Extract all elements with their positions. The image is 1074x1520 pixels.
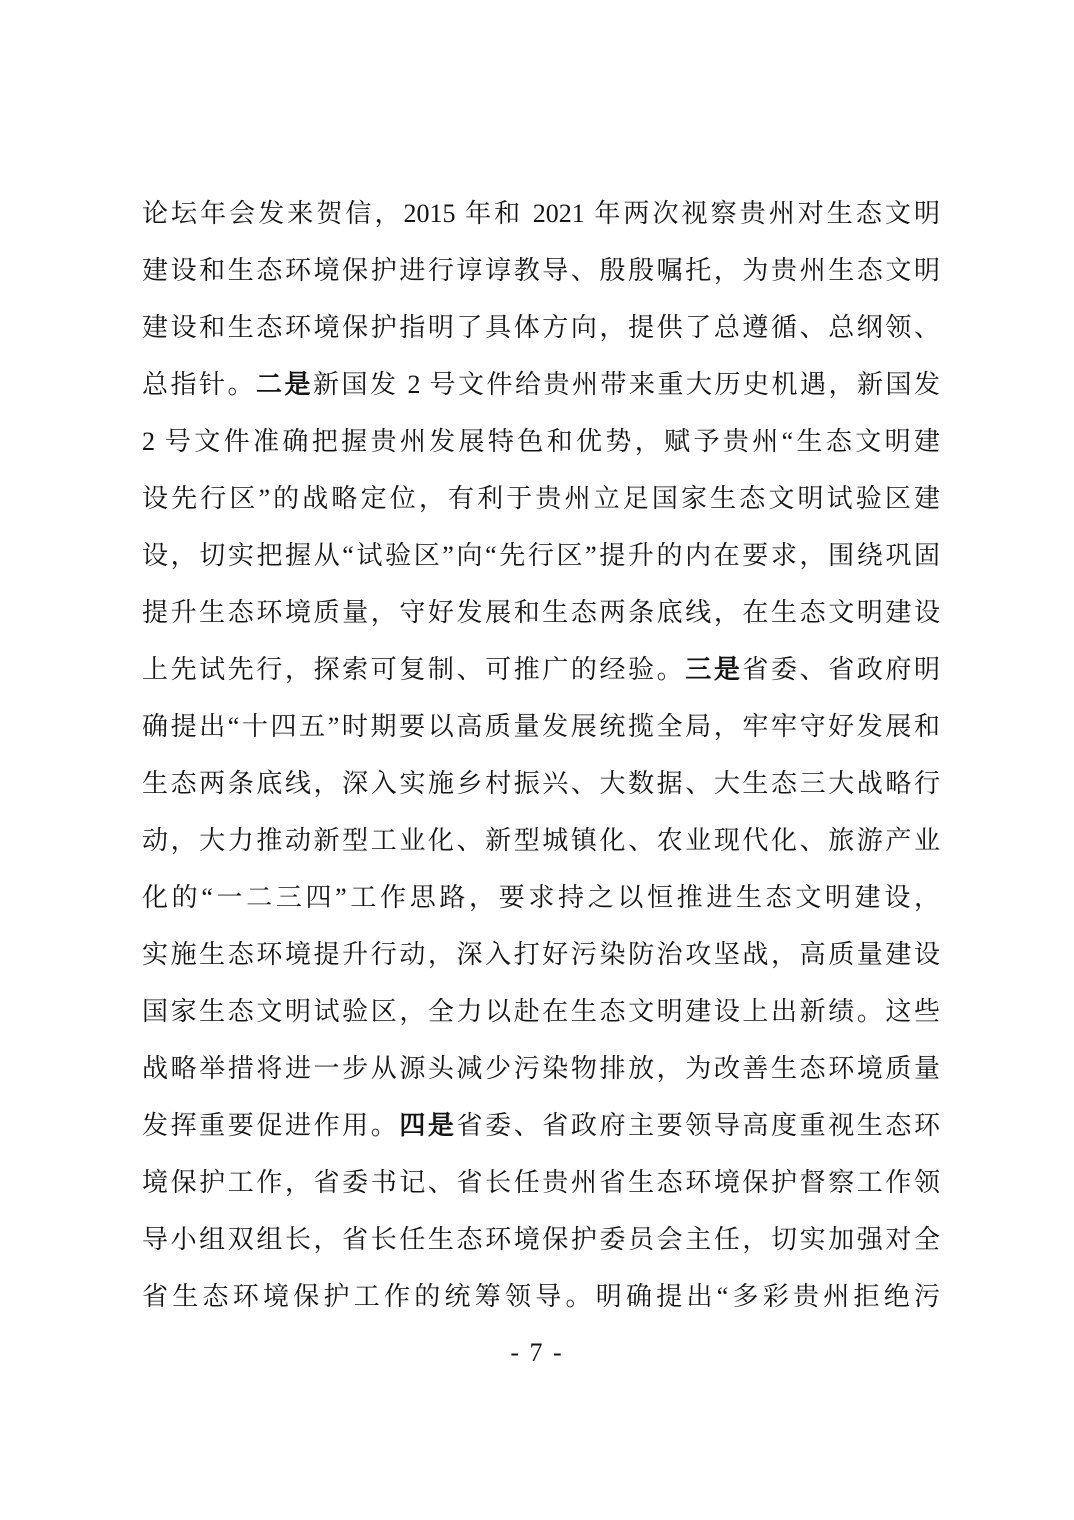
text-line-5: 2 号文件准确把握贵州发展特色和优势，赋予贵州“生态文明建 (142, 413, 940, 470)
line-text: 生态两条底线，深入实施乡村振兴、大数据、大生态三大战略行 (142, 769, 940, 798)
line-text: 境保护工作，省委书记、省长任贵州省生态环境保护督察工作领 (142, 1168, 940, 1197)
line-text: 化的“一二三四”工作思路，要求持之以恒推进生态文明建设， (142, 883, 940, 912)
bold-run-sanshi: 三是 (685, 655, 742, 684)
line-text: 建设和生态环境保护指明了具体方向，提供了总遵循、总纲领、 (142, 313, 940, 342)
text-line-10: 确提出“十四五”时期要以高质量发展统揽全局，牢牢守好发展和 (142, 698, 940, 755)
line-text: 省委、省政府明 (742, 655, 940, 684)
line-text: 新国发 2 号文件给贵州带来重大历史机遇，新国发 (313, 370, 940, 399)
text-line-1: 论坛年会发来贺信，2015 年和 2021 年两次视察贵州对生态文明 (142, 185, 940, 242)
line-text: 总指针。 (142, 370, 256, 399)
line-text: 设，切实把握从“试验区”向“先行区”提升的内在要求，围绕巩固 (142, 541, 940, 570)
line-text: 论坛年会发来贺信，2015 年和 2021 年两次视察贵州对生态文明 (142, 199, 940, 228)
line-text: 确提出“十四五”时期要以高质量发展统揽全局，牢牢守好发展和 (142, 712, 940, 741)
text-line-13: 化的“一二三四”工作思路，要求持之以恒推进生态文明建设， (142, 869, 940, 926)
text-line-7: 设，切实把握从“试验区”向“先行区”提升的内在要求，围绕巩固 (142, 527, 940, 584)
text-line-3: 建设和生态环境保护指明了具体方向，提供了总遵循、总纲领、 (142, 299, 940, 356)
line-text: 动，大力推动新型工业化、新型城镇化、农业现代化、旅游产业 (142, 826, 940, 855)
line-text: 上先试先行，探索可复制、可推广的经验。 (142, 655, 685, 684)
document-page: 论坛年会发来贺信，2015 年和 2021 年两次视察贵州对生态文明 建设和生态… (0, 0, 1074, 1520)
line-text: 省生态环境保护工作的统筹领导。明确提出“多彩贵州拒绝污 (142, 1282, 940, 1311)
line-text: 提升生态环境质量，守好发展和生态两条底线，在生态文明建设 (142, 598, 940, 627)
line-text: 建设和生态环境保护进行谆谆教导、殷殷嘱托，为贵州生态文明 (142, 256, 940, 285)
line-text: 实施生态环境提升行动，深入打好污染防治攻坚战，高质量建设 (142, 940, 940, 969)
line-text: 发挥重要促进作用。 (142, 1111, 399, 1140)
bold-run-sishi: 四是 (399, 1111, 456, 1140)
text-line-16: 战略举措将进一步从源头减少污染物排放，为改善生态环境质量 (142, 1040, 940, 1097)
text-line-17: 发挥重要促进作用。四是省委、省政府主要领导高度重视生态环 (142, 1097, 940, 1154)
line-text: 国家生态文明试验区，全力以赴在生态文明建设上出新绩。这些 (142, 997, 940, 1026)
text-line-6: 设先行区”的战略定位，有利于贵州立足国家生态文明试验区建 (142, 470, 940, 527)
page-number: - 7 - (0, 1336, 1074, 1370)
text-line-18: 境保护工作，省委书记、省长任贵州省生态环境保护督察工作领 (142, 1154, 940, 1211)
text-line-14: 实施生态环境提升行动，深入打好污染防治攻坚战，高质量建设 (142, 926, 940, 983)
document-text-block: 论坛年会发来贺信，2015 年和 2021 年两次视察贵州对生态文明 建设和生态… (142, 185, 940, 1325)
text-line-15: 国家生态文明试验区，全力以赴在生态文明建设上出新绩。这些 (142, 983, 940, 1040)
text-line-11: 生态两条底线，深入实施乡村振兴、大数据、大生态三大战略行 (142, 755, 940, 812)
line-text: 战略举措将进一步从源头减少污染物排放，为改善生态环境质量 (142, 1054, 940, 1083)
line-text: 导小组双组长，省长任生态环境保护委员会主任，切实加强对全 (142, 1225, 940, 1254)
text-line-9: 上先试先行，探索可复制、可推广的经验。三是省委、省政府明 (142, 641, 940, 698)
text-line-19: 导小组双组长，省长任生态环境保护委员会主任，切实加强对全 (142, 1211, 940, 1268)
text-line-2: 建设和生态环境保护进行谆谆教导、殷殷嘱托，为贵州生态文明 (142, 242, 940, 299)
line-text: 省委、省政府主要领导高度重视生态环 (457, 1111, 940, 1140)
line-text: 2 号文件准确把握贵州发展特色和优势，赋予贵州“生态文明建 (142, 427, 940, 456)
text-line-20: 省生态环境保护工作的统筹领导。明确提出“多彩贵州拒绝污 (142, 1268, 940, 1325)
text-line-12: 动，大力推动新型工业化、新型城镇化、农业现代化、旅游产业 (142, 812, 940, 869)
text-line-8: 提升生态环境质量，守好发展和生态两条底线，在生态文明建设 (142, 584, 940, 641)
line-text: 设先行区”的战略定位，有利于贵州立足国家生态文明试验区建 (142, 484, 940, 513)
bold-run-ershi: 二是 (256, 370, 313, 399)
text-line-4: 总指针。二是新国发 2 号文件给贵州带来重大历史机遇，新国发 (142, 356, 940, 413)
